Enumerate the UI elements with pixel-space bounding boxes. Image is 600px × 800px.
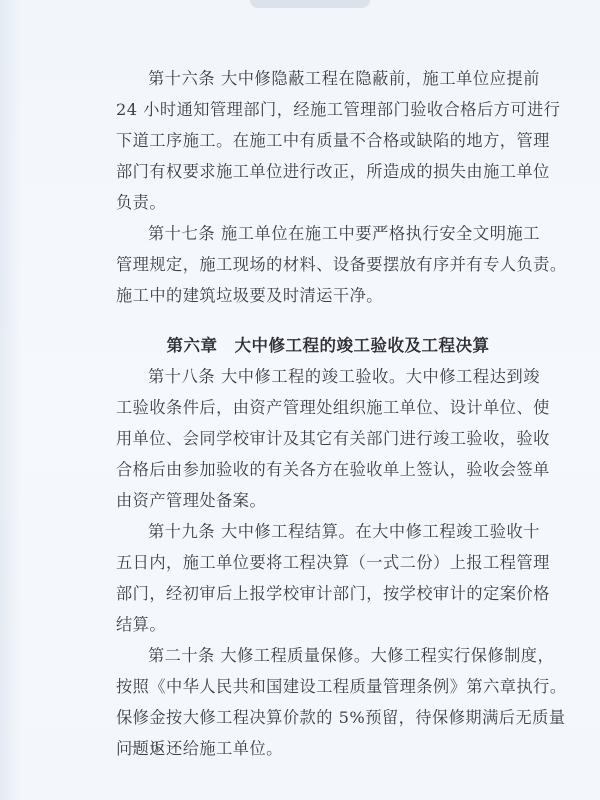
text-line: 五日内，施工单位要将工程决算（一式二份）上报工程管理 bbox=[116, 547, 540, 578]
page-number: － 6 － bbox=[128, 737, 184, 757]
article-16: 第十六条 大中修隐蔽工程在隐蔽前，施工单位应提前 24 小时通知管理部门，经施工… bbox=[116, 63, 540, 218]
article-17: 第十七条 施工单位在施工中要严格执行安全文明施工 管理规定，施工现场的材料、设备… bbox=[116, 218, 540, 311]
chapter-heading: 第六章 大中修工程的竣工验收及工程决算 bbox=[116, 330, 540, 361]
text-line: 保修金按大修工程决算价款的 5%预留，待保修期满后无质量 bbox=[116, 702, 540, 733]
text-line: 第十八条 大中修工程的竣工验收。大中修工程达到竣 bbox=[116, 361, 540, 392]
text-line: 部门有权要求施工单位进行改正，所造成的损失由施工单位 bbox=[116, 156, 540, 187]
text-line: 施工中的建筑垃圾要及时清运干净。 bbox=[116, 280, 540, 311]
page-edge-shadow bbox=[0, 0, 22, 800]
text-line: 24 小时通知管理部门，经施工管理部门验收合格后方可进行 bbox=[116, 94, 540, 125]
text-line: 第十七条 施工单位在施工中要严格执行安全文明施工 bbox=[116, 218, 540, 249]
text-line: 工验收条件后，由资产管理处组织施工单位、设计单位、使 bbox=[116, 392, 540, 423]
blank-line bbox=[116, 311, 540, 330]
text-line: 下道工序施工。在施工中有质量不合格或缺陷的地方，管理 bbox=[116, 125, 540, 156]
text-line: 负责。 bbox=[116, 187, 540, 218]
text-line: 用单位、会同学校审计及其它有关部门进行竣工验收，验收 bbox=[116, 423, 540, 454]
document-body: 第十六条 大中修隐蔽工程在隐蔽前，施工单位应提前 24 小时通知管理部门，经施工… bbox=[116, 63, 540, 764]
text-line: 管理规定，施工现场的材料、设备要摆放有序并有专人负责。 bbox=[116, 249, 540, 280]
scanned-page: 第十六条 大中修隐蔽工程在隐蔽前，施工单位应提前 24 小时通知管理部门，经施工… bbox=[0, 0, 600, 800]
article-18: 第十八条 大中修工程的竣工验收。大中修工程达到竣 工验收条件后，由资产管理处组织… bbox=[116, 361, 540, 516]
text-line: 第十九条 大中修工程结算。在大中修工程竣工验收十 bbox=[116, 516, 540, 547]
article-19: 第十九条 大中修工程结算。在大中修工程竣工验收十 五日内，施工单位要将工程决算（… bbox=[116, 516, 540, 640]
text-line: 第十六条 大中修隐蔽工程在隐蔽前，施工单位应提前 bbox=[116, 63, 540, 94]
text-line: 由资产管理处备案。 bbox=[116, 485, 540, 516]
text-line: 合格后由参加验收的有关各方在验收单上签认，验收会签单 bbox=[116, 454, 540, 485]
text-line: 结算。 bbox=[116, 609, 540, 640]
text-line: 按照《中华人民共和国建设工程质量管理条例》第六章执行。 bbox=[116, 671, 540, 702]
scan-artifact bbox=[250, 0, 370, 8]
text-line: 部门，经初审后上报学校审计部门，按学校审计的定案价格 bbox=[116, 578, 540, 609]
text-line: 第二十条 大修工程质量保修。大修工程实行保修制度， bbox=[116, 640, 540, 671]
